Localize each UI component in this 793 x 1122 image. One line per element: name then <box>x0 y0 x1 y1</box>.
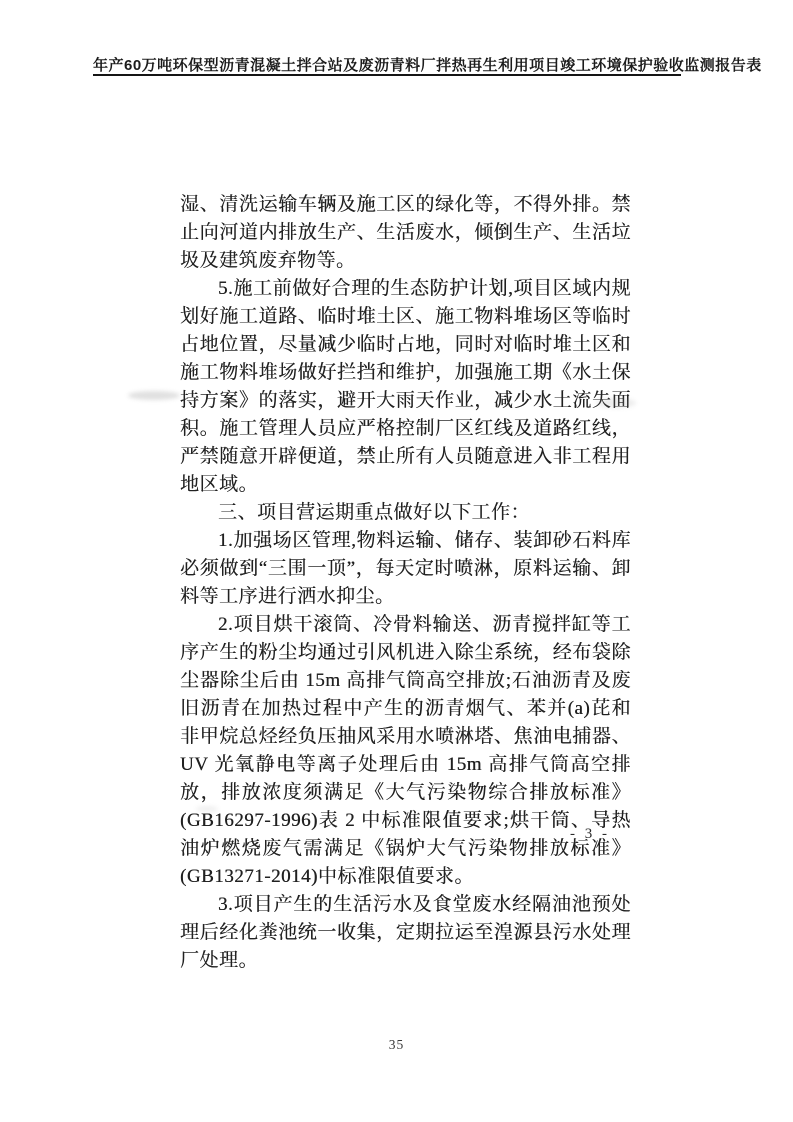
paragraph-item-1: 1.加强场区管理,物料运输、储存、装卸砂石料库必须做到“三围一顶”，每天定时喷淋… <box>180 527 631 611</box>
scan-smudge-artifact <box>196 806 218 812</box>
section-page-marker: - 3 - <box>570 826 610 843</box>
document-page: 年产60万吨环保型沥青混凝土拌合站及废沥青料厂拌热再生利用项目竣工环境保护验收监… <box>0 0 793 1122</box>
header-underline-rule <box>93 74 681 76</box>
scan-smudge-artifact <box>596 398 636 408</box>
footer-page-number: 35 <box>0 1037 793 1053</box>
paragraph-item-2: 2.项目烘干滚筒、冷骨料输送、沥青搅拌缸等工序产生的粉尘均通过引风机进入除尘系统… <box>180 611 631 891</box>
paragraph-item-3: 3.项目产生的生活污水及食堂废水经隔油池预处理后经化粪池统一收集，定期拉运至湟源… <box>180 891 631 975</box>
document-body: 湿、清洗运输车辆及施工区的绿化等，不得外排。禁止向河道内排放生产、生活废水，倾倒… <box>180 191 631 975</box>
paragraph-item-5: 5.施工前做好合理的生态防护计划,项目区域内规划好施工道路、临时堆土区、施工物料… <box>180 275 631 499</box>
paragraph-continuation: 湿、清洗运输车辆及施工区的绿化等，不得外排。禁止向河道内排放生产、生活废水，倾倒… <box>180 191 631 275</box>
document-header-title: 年产60万吨环保型沥青混凝土拌合站及废沥青料厂拌热再生利用项目竣工环境保护验收监… <box>93 54 681 75</box>
scan-smudge-artifact <box>128 391 180 400</box>
paragraph-section-3-heading: 三、项目营运期重点做好以下工作： <box>180 499 631 527</box>
